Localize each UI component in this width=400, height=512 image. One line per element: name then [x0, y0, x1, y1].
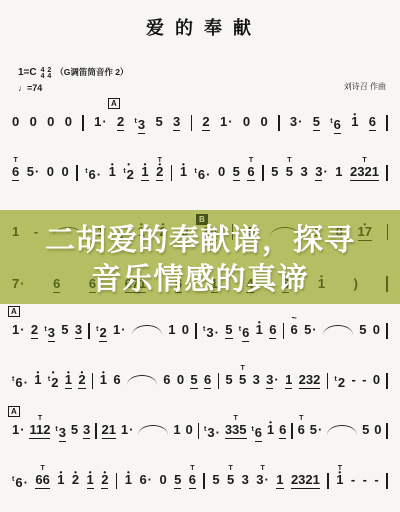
- note: 3: [253, 372, 260, 387]
- note: -: [351, 372, 355, 387]
- barline: [95, 423, 97, 439]
- note: 335T: [225, 422, 247, 437]
- octave-dot: •: [102, 365, 105, 380]
- note: 3: [173, 114, 180, 129]
- barline: [195, 323, 197, 339]
- note: 5T: [239, 372, 246, 387]
- note: t6: [330, 114, 341, 132]
- note: 5: [155, 114, 162, 129]
- note: 3·T: [256, 472, 269, 487]
- trill-mark: T: [40, 461, 44, 476]
- time-signature: 44: [41, 68, 45, 80]
- note: 5: [313, 114, 320, 129]
- note: 5: [61, 322, 68, 337]
- note: 2•T: [156, 164, 163, 179]
- octave-dot: •: [67, 365, 70, 380]
- note: 1: [276, 472, 283, 487]
- note: 0: [374, 422, 381, 437]
- note: 0: [260, 114, 267, 129]
- note: t2: [335, 372, 346, 390]
- barline: [82, 115, 84, 131]
- score-line: t6·1•t2•1•2•1•6605655T33·1232t2--0: [0, 354, 400, 404]
- note: 5: [233, 164, 240, 179]
- note: 66T: [35, 472, 49, 487]
- trill-mark: T: [13, 153, 17, 168]
- note: 2321T: [350, 164, 379, 179]
- note: 6T: [247, 164, 254, 179]
- note: 0: [373, 322, 380, 337]
- barline: [92, 373, 94, 389]
- note: t2•: [48, 372, 59, 390]
- note: 0: [185, 422, 192, 437]
- note: t6: [251, 422, 262, 440]
- note: -: [374, 472, 378, 487]
- octave-dot: •: [182, 157, 185, 172]
- note: 3·: [266, 372, 279, 387]
- note: 0: [182, 322, 189, 337]
- score-line: 6T5·00t6·1•t2•1•2•T1•t6·056T55T33·12321T: [0, 146, 400, 196]
- note: 1·: [113, 322, 126, 337]
- note: 1·: [12, 422, 25, 437]
- note: 6: [163, 372, 170, 387]
- section-marker: A: [8, 306, 20, 317]
- note: t6·: [85, 164, 101, 182]
- octave-dot: •: [36, 365, 39, 380]
- note: 232: [299, 372, 321, 387]
- trill-mark: T: [299, 411, 303, 426]
- note: t6: [239, 322, 250, 340]
- barline: [218, 373, 220, 389]
- trill-mark: T: [228, 461, 232, 476]
- barline: [386, 373, 388, 389]
- trill-mark: T: [249, 153, 253, 168]
- note: 3: [301, 164, 308, 179]
- note: 112T: [29, 422, 50, 437]
- sheet-music-page: 爱 的 奉 献 1=C 44 24 （G调笛筒音作 2） ♩=74 刘诗召 作曲…: [0, 0, 400, 512]
- octave-dot: •: [74, 465, 77, 480]
- note: 6: [369, 114, 376, 129]
- note: 1•: [351, 114, 358, 129]
- barline: [283, 323, 285, 339]
- tie-arc: [138, 425, 168, 435]
- note: 1: [168, 322, 175, 337]
- trill-mark: T: [234, 411, 238, 426]
- note: 1·: [12, 322, 25, 337]
- note: t6·: [195, 164, 211, 182]
- octave-dot: •: [59, 465, 62, 480]
- note: 1·: [94, 114, 107, 129]
- note: 5: [225, 372, 232, 387]
- note: 1•: [87, 472, 94, 487]
- barline: [88, 323, 90, 339]
- octave-dot: •: [353, 107, 356, 122]
- note: 5: [212, 472, 219, 487]
- instrument-note: （G调笛筒音作 2）: [55, 67, 128, 78]
- note: 3·: [290, 114, 303, 129]
- score-line: t6·66T1•2•1•2•1•6·056T55T33·T123211•T---: [0, 454, 400, 504]
- trill-mark: T: [190, 461, 194, 476]
- note: t3: [135, 114, 146, 132]
- note: t6·: [12, 472, 28, 490]
- octave-dot: •: [127, 465, 130, 480]
- octave-dot: •: [269, 415, 272, 430]
- note: 0: [159, 472, 166, 487]
- note: 1: [335, 164, 342, 179]
- notes-row: t6·66T1•2•1•2•1•6·056T55T33·T123211•T---: [12, 472, 388, 490]
- notes-row: t6·1•t2•1•2•1•6605655T33·1232t2--0: [12, 372, 388, 390]
- note: -: [362, 372, 366, 387]
- octave-dot: •: [89, 465, 92, 480]
- note: 2•: [78, 372, 85, 387]
- tie-arc: [323, 325, 353, 335]
- note: 2321: [291, 472, 320, 487]
- tie-arc: [127, 375, 157, 385]
- notes-row: 00001·2t35321·003·5t61•6: [12, 114, 388, 132]
- trill-mark: T: [158, 153, 162, 168]
- trill-mark: T: [240, 361, 244, 376]
- note: 5T: [286, 164, 293, 179]
- note: 2•: [72, 472, 79, 487]
- note: 5: [71, 422, 78, 437]
- note: 1: [285, 372, 292, 387]
- score-header: 1=C 44 24 （G调笛筒音作 2） ♩=74 刘诗召 作曲: [0, 62, 400, 94]
- note: 6: [279, 422, 286, 437]
- section-marker: A: [8, 406, 20, 417]
- note: 1•: [267, 422, 274, 437]
- barline: [327, 473, 329, 489]
- note: t3·: [203, 322, 219, 340]
- note: 1•: [141, 164, 148, 179]
- barline: [327, 373, 329, 389]
- barline: [203, 473, 205, 489]
- octave-dot: •: [103, 465, 106, 480]
- note: 1·: [220, 114, 233, 129]
- section-marker: A: [108, 98, 120, 109]
- notes-row: 6T5·00t6·1•t2•1•2•T1•t6·056T55T33·12321T: [12, 164, 388, 182]
- note: 1•: [125, 472, 132, 487]
- note: 2•: [101, 472, 108, 487]
- note: 2: [202, 114, 209, 129]
- barline: [262, 165, 264, 181]
- note: 5: [362, 422, 369, 437]
- note: -: [351, 472, 355, 487]
- note: 1•: [256, 322, 263, 337]
- note: 21: [102, 422, 116, 437]
- note: 2: [31, 322, 38, 337]
- note: 5·: [304, 322, 317, 337]
- note: 1•: [100, 372, 107, 387]
- note: 5·: [27, 164, 40, 179]
- barline: [291, 423, 293, 439]
- note: 6: [113, 372, 120, 387]
- time-signature: 24: [47, 68, 51, 80]
- note: 3·: [315, 164, 328, 179]
- barline: [76, 165, 78, 181]
- note: t2: [96, 322, 107, 340]
- note: 0: [47, 114, 54, 129]
- note: 1•: [65, 372, 72, 387]
- barline: [386, 115, 388, 131]
- note: 0: [30, 114, 37, 129]
- note: 3: [83, 422, 90, 437]
- note: 1•: [57, 472, 64, 487]
- octave-dot: •: [111, 157, 114, 172]
- barline: [386, 473, 388, 489]
- tempo-marking: ♩=74: [18, 83, 128, 94]
- note: 0: [62, 164, 69, 179]
- barline: [278, 115, 280, 131]
- trill-mark: T: [362, 153, 366, 168]
- wavy-mark: ~: [292, 311, 297, 326]
- note: 1•: [109, 164, 116, 179]
- barline: [191, 115, 193, 131]
- note: 6T: [12, 164, 19, 179]
- note: 0: [47, 164, 54, 179]
- octave-dot: •: [81, 365, 84, 380]
- caption-overlay: 二胡爱的奉献谱，探寻 音乐情感的真谛: [0, 210, 400, 304]
- barline: [198, 423, 200, 439]
- trill-mark: T: [260, 461, 264, 476]
- caption-band: B1-1(1•2•03451017•7·6667161461•) 二胡爱的奉献谱…: [0, 210, 400, 304]
- score-line: A1·2t353t21·10t3·5t61•66~5·50: [0, 304, 400, 354]
- key-signature-block: 1=C 44 24 （G调笛筒音作 2） ♩=74: [18, 64, 128, 94]
- tie-arc: [132, 325, 162, 335]
- trill-mark: T: [287, 153, 291, 168]
- note: 1•T: [336, 472, 343, 487]
- octave-dot: •: [258, 315, 261, 330]
- octave-dot: •: [144, 157, 147, 172]
- note: 6T: [298, 422, 305, 437]
- barline: [386, 165, 388, 181]
- note: t3: [55, 422, 66, 440]
- note: 6T: [189, 472, 196, 487]
- note: t2•: [123, 164, 134, 182]
- note: t3·: [204, 422, 220, 440]
- caption-line-1: 二胡爱的奉献谱，探寻: [45, 222, 355, 259]
- caption-line-2: 音乐情感的真谛: [92, 261, 309, 298]
- page-title: 爱 的 奉 献: [0, 14, 400, 40]
- note: 6: [204, 372, 211, 387]
- barline: [116, 473, 118, 489]
- note: t6·: [12, 372, 28, 390]
- note: 5: [359, 322, 366, 337]
- barline: [386, 323, 388, 339]
- note: 2: [117, 114, 124, 129]
- barline: [171, 165, 173, 181]
- note: 0: [373, 372, 380, 387]
- barline: [386, 423, 388, 439]
- note: 1•: [34, 372, 41, 387]
- note: 6·: [139, 472, 152, 487]
- time-signatures: 44 24: [41, 64, 52, 80]
- notes-row: 1·2t353t21·10t3·5t61•66~5·50: [12, 322, 388, 340]
- octave-dot: •: [127, 157, 130, 172]
- key-signature: 1=C: [18, 67, 37, 78]
- note: 5·: [310, 422, 323, 437]
- note: -: [363, 472, 367, 487]
- score-line: A00001·2t35321·003·5t61•6: [0, 96, 400, 146]
- note: 3: [242, 472, 249, 487]
- note: 3: [75, 322, 82, 337]
- score-lines-bottom: A1·2t353t21·10t3·5t61•66~5·50t6·1•t2•1•2…: [0, 304, 400, 504]
- score-line: A1·112Tt353211·10t3·335Tt61•66T5·50: [0, 404, 400, 454]
- note: 0: [243, 114, 250, 129]
- note: 0: [12, 114, 19, 129]
- note: 1: [173, 422, 180, 437]
- trill-mark: T: [38, 411, 42, 426]
- notes-row: 1·112Tt353211·10t3·335Tt61•66T5·50: [12, 422, 388, 440]
- score-lines-top: A00001·2t35321·003·5t61•66T5·00t6·1•t2•1…: [0, 96, 400, 196]
- octave-dot: •: [52, 365, 55, 380]
- note: 1·: [121, 422, 134, 437]
- note: 5: [271, 164, 278, 179]
- note: t3: [44, 322, 55, 340]
- note: 0: [218, 164, 225, 179]
- note: 6~: [291, 322, 298, 337]
- note: 1•: [180, 164, 187, 179]
- note: 5: [190, 372, 197, 387]
- trill-mark: T: [338, 461, 342, 476]
- note: 6: [269, 322, 276, 337]
- composer-credit: 刘诗召 作曲: [344, 81, 386, 94]
- note: 0: [177, 372, 184, 387]
- note: 5: [225, 322, 232, 337]
- tie-arc: [327, 425, 357, 435]
- note: 5: [174, 472, 181, 487]
- note: 5T: [227, 472, 234, 487]
- note: 0: [65, 114, 72, 129]
